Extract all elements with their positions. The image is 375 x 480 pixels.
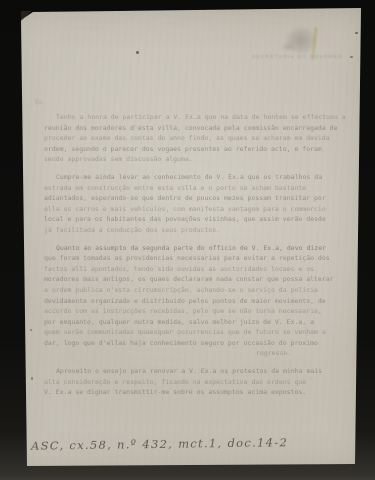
typed-paragraph: Tenho a honra de participar a V. Ex.a qu… (44, 112, 348, 165)
typed-line: ordem, segundo o parecer dos vogaes pres… (44, 144, 348, 155)
typed-line: V. Ex.a se dignar transmittir-me sobre o… (44, 387, 348, 398)
typed-line: alta consideração e respeito, ficando na… (44, 377, 348, 388)
typed-line: já facilitada a conducção dos seus produ… (44, 225, 348, 236)
typed-line: devidamente organizado e distribuido pel… (44, 296, 348, 307)
typed-line: Aproveito o ensejo para renovar a V. Ex.… (44, 366, 348, 377)
typed-line: estrada em construcção entre esta villa … (44, 183, 348, 194)
typed-line: que foram tomadas as providencias necess… (44, 253, 348, 264)
stamp-text-line2: SECRETARIA DO GOVERNO (252, 54, 343, 59)
paper-sheet: · · · · SECRETARIA DO GOVERNO Ex. Tenho … (0, 0, 375, 480)
typed-line: por emquanto, qualquer outra medida, sal… (44, 317, 348, 328)
corner-fold-shadow (21, 11, 35, 22)
typed-line: Tenho a honra de participar a V. Ex.a qu… (44, 112, 348, 123)
typed-line: a ordem publica n'esta circumscripção, a… (44, 285, 348, 296)
typed-line: Cumpre-me ainda levar ao conhecimento de… (44, 172, 348, 183)
typed-line: reunião dos moradores d'esta villa, conv… (44, 123, 348, 134)
faded-text-fragment: Ex. (35, 99, 46, 106)
typed-line: local e para os habitantes das povoações… (44, 214, 348, 225)
archival-reference-annotation: ASC, cx.58, n.º 432, mct.1, doc.14-2 (31, 435, 288, 453)
typed-line: ella os carros e mais vehiculos, com man… (44, 204, 348, 215)
typed-line: adiantados, esperando-se que dentro de p… (44, 193, 348, 204)
typed-paragraph: Quanto ao assumpto da segunda parte do o… (44, 243, 348, 360)
ink-speck (355, 32, 358, 34)
typed-line: regresso. (256, 348, 348, 359)
ink-speck (30, 329, 32, 331)
ink-speck (350, 56, 353, 58)
typed-line: factos alli apontados, tendo sido ouvida… (44, 264, 348, 275)
typed-body: Tenho a honra de participar a V. Ex.a qu… (44, 112, 348, 398)
typed-line: quem serão communicadas quaesquer occurr… (44, 327, 348, 338)
ink-speck (31, 377, 33, 380)
typed-line: moradores mais antigos, os quaes declara… (44, 274, 348, 285)
typed-paragraph: Aproveito o ensejo para renovar a V. Ex.… (44, 366, 348, 398)
typed-paragraph: Cumpre-me ainda levar ao conhecimento de… (44, 172, 348, 236)
typed-line: dar, logo que d'ellas haja conhecimento … (44, 338, 348, 349)
typed-line: proceder ao exame das contas do anno fin… (44, 133, 348, 144)
stamp-text-line1: · · · · (276, 45, 296, 50)
typed-line: accordo com as instrucções recebidas, pe… (44, 306, 348, 317)
typed-line: Quanto ao assumpto da segunda parte do o… (44, 243, 348, 254)
typed-line: sendo approvadas sem discussão alguma. (44, 154, 348, 165)
photo-backdrop: · · · · SECRETARIA DO GOVERNO Ex. Tenho … (0, 0, 375, 480)
ink-speck (136, 51, 139, 54)
